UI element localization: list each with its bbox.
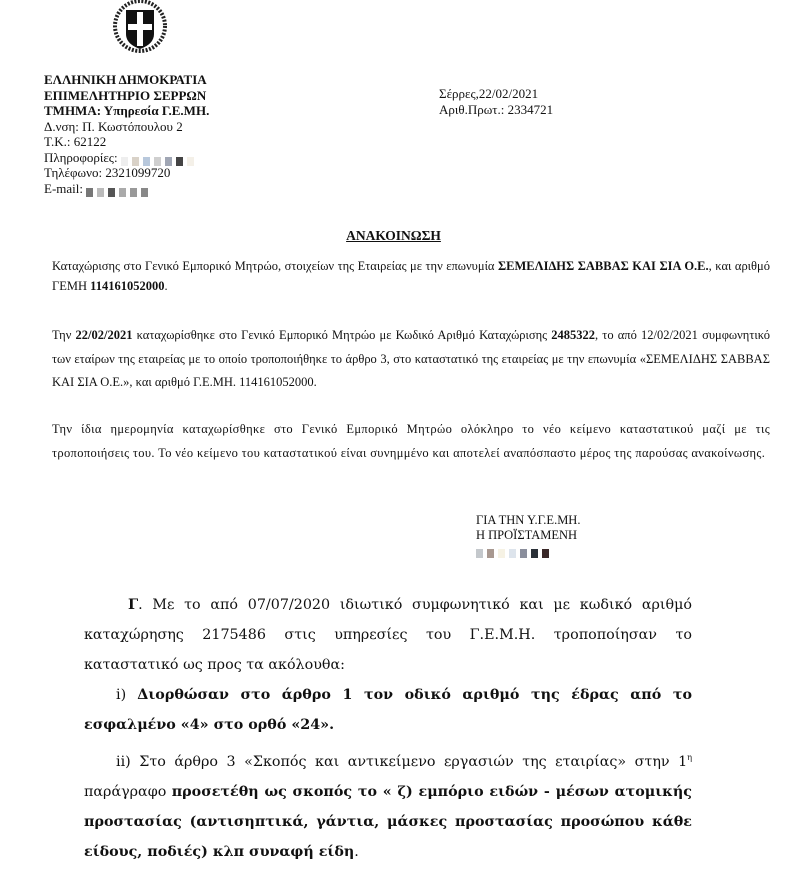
item-marker: i) [116,687,137,703]
section-c: Γ. Με το από 07/07/2020 ιδιωτικό συμφωνη… [84,590,692,680]
sender-block: ΕΛΛΗΝΙΚΗ ΔΗΜΟΚΡΑΤΙΑ ΕΠΙΜΕΛΗΤΗΡΙΟ ΣΕΡΡΩΝ … [44,72,209,196]
info-label: Πληροφορίες: [44,150,118,165]
intro-end: . [164,279,167,293]
ordinal-suffix: η [687,753,692,762]
protocol-number: Αριθ.Πρωτ.: 2334721 [439,102,553,118]
p2-text: καταχωρίσθηκε στο Γενικό Εμπορικό Μητρώο… [132,328,551,342]
redacted-name [121,154,198,163]
registration-date: 22/02/2021 [76,328,133,342]
document-title: ΑΝΑΚΟΙΝΩΣΗ [0,228,787,244]
registration-code: 2485322 [551,328,595,342]
redacted-email [86,185,152,194]
item-ii-text: παράγραφο [84,784,172,800]
section-c-text: . Με το από 07/07/2020 ιδιωτικό συμφωνητ… [84,597,692,673]
gemi-number: 114161052000 [90,279,164,293]
greek-coat-of-arms-icon [112,0,168,56]
item-marker: ii) [116,754,139,770]
item-ii-end: . [354,844,359,860]
item-i: i) Διορθώσαν στο άρθρο 1 τον οδικό αριθμ… [84,680,692,740]
intro-paragraph: Καταχώρισης στο Γενικό Εμπορικό Μητρώο, … [52,256,770,296]
intro-text: Καταχώρισης στο Γενικό Εμπορικό Μητρώο, … [52,259,498,273]
registration-paragraph: Την 22/02/2021 καταχωρίσθηκε στο Γενικό … [52,324,770,395]
org-line: ΤΜΗΜΑ: Υπηρεσία Γ.Ε.ΜΗ. [44,103,209,119]
org-line: ΕΛΛΗΝΙΚΗ ΔΗΜΟΚΡΑΤΙΑ [44,72,209,88]
section-label: Γ [128,597,138,613]
company-name: ΣΕΜΕΛΙΔΗΣ ΣΑΒΒΑΣ ΚΑΙ ΣΙΑ Ο.Ε. [498,259,709,273]
date-protocol-block: Σέρρες,22/02/2021 Αριθ.Πρωτ.: 2334721 [439,86,553,117]
item-ii: ii) Στο άρθρο 3 «Σκοπός και αντικείμενο … [84,743,692,867]
signature-block: ΓΙΑ ΤΗΝ Υ.Γ.Ε.ΜΗ. Η ΠΡΟΪΣΤΑΜΕΝΗ [476,513,580,558]
email-label: E-mail: [44,181,83,196]
signature-line: ΓΙΑ ΤΗΝ Υ.Γ.Ε.ΜΗ. [476,513,580,528]
item-ii-text: Στο άρθρο 3 «Σκοπός και αντικείμενο εργα… [139,754,687,770]
item-ii-bold: προσετέθη ως σκοπός το « ζ) εμπόριο ειδώ… [84,784,692,860]
address: Δ.νση: Π. Κωστόπουλου 2 [44,119,209,135]
place-date: Σέρρες,22/02/2021 [439,86,553,102]
phone: Τηλέφωνο: 2321099720 [44,165,209,181]
redacted-signature [476,547,553,556]
item-i-text: Διορθώσαν στο άρθρο 1 τον οδικό αριθμό τ… [84,687,692,733]
postal-code: Τ.Κ.: 62122 [44,134,209,150]
org-line: ΕΠΙΜΕΛΗΤΗΡΙΟ ΣΕΡΡΩΝ [44,88,209,104]
p2-text: Την [52,328,76,342]
signature-line: Η ΠΡΟΪΣΤΑΜΕΝΗ [476,528,580,543]
full-text-paragraph: Την ίδια ημερομηνία καταχωρίσθηκε στο Γε… [52,418,770,465]
